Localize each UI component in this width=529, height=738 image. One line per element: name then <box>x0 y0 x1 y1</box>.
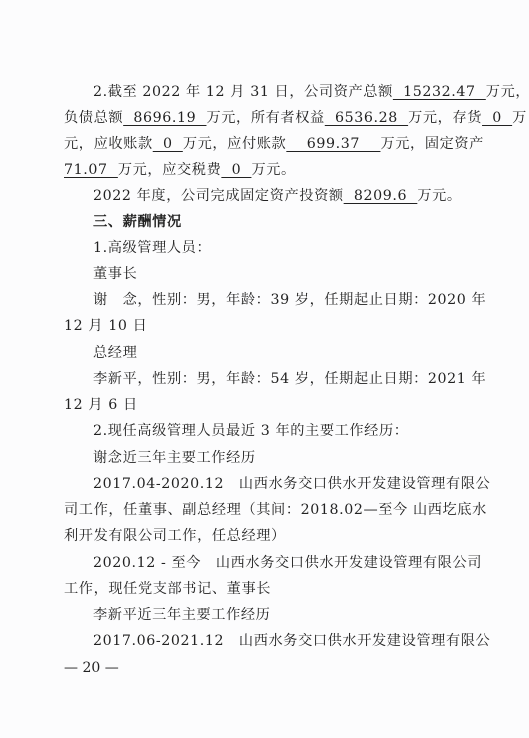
text: 2022 年度，公司完成固定资产投资额 <box>93 188 344 204</box>
text: 万元，存货 <box>408 110 482 126</box>
li-history-heading: 李新平近三年主要工作经历 <box>93 602 463 628</box>
section-title: 三、薪酬情况 <box>93 209 463 235</box>
inventory-value: 0 <box>482 110 512 126</box>
subsection-title-1: 1.高级管理人员： <box>93 235 463 261</box>
financials-line-2: 负债总额 8696.19 万元，所有者权益 6536.28 万元，存货 0 万 <box>64 105 464 131</box>
financials-line-3: 元，应收账款 0 万元，应付账款 699.37 万元，固定资产 <box>64 131 464 157</box>
text: 万 <box>512 110 527 126</box>
accounts-receivable-value: 0 <box>153 136 183 152</box>
investment-value: 8209.6 <box>344 188 418 204</box>
text: 万元，所有者权益 <box>206 110 324 126</box>
xie-entry-2-line-1: 2020.12 - 至今 山西水务交口供水开发建设管理有限公司 <box>93 550 463 576</box>
investment-line: 2022 年度，公司完成固定资产投资额 8209.6 万元。 <box>93 183 463 209</box>
xie-entry-2-line-2: 工作，现任党支部书记、董事长 <box>64 576 464 602</box>
financials-line-1: 2.截至 2022 年 12 月 31 日，公司资产总额 15232.47 万元… <box>93 79 463 105</box>
text: 2.截至 2022 年 12 月 31 日，公司资产总额 <box>93 84 393 100</box>
li-entry-1-line-1: 2017.06-2021.12 山西水务交口供水开发建设管理有限公 <box>93 628 463 654</box>
chairman-role: 董事长 <box>93 261 463 287</box>
page-number: — 20 — <box>64 655 464 681</box>
text: 万元。 <box>251 162 295 178</box>
taxes-payable-value: 0 <box>221 162 251 178</box>
gm-role: 总经理 <box>93 340 463 366</box>
gm-info-line-1: 李新平，性别：男，年龄：54 岁，任期起止日期：2021 年 <box>93 366 463 392</box>
chairman-info-line-2: 12 月 10 日 <box>64 313 464 339</box>
owners-equity-value: 6536.28 <box>325 110 408 126</box>
chairman-info-line-1: 谢 念，性别：男，年龄：39 岁，任期起止日期：2020 年 <box>93 287 463 313</box>
financials-line-4: 71.07 万元，应交税费 0 万元。 <box>64 157 464 183</box>
xie-entry-1-line-3: 利开发有限公司工作，任总经理） <box>64 523 464 549</box>
text: 万元，应付账款 <box>183 136 287 152</box>
text: 负债总额 <box>64 110 123 126</box>
xie-entry-1-line-1: 2017.04-2020.12 山西水务交口供水开发建设管理有限公 <box>93 471 463 497</box>
text: 万元，固定资产 <box>380 136 484 152</box>
fixed-assets-value: 71.07 <box>64 162 118 178</box>
xie-history-heading: 谢念近三年主要工作经历 <box>93 445 463 471</box>
gm-info-line-2: 12 月 6 日 <box>64 392 464 418</box>
document-page: 2.截至 2022 年 12 月 31 日，公司资产总额 15232.47 万元… <box>0 0 529 738</box>
subsection-title-2: 2.现任高级管理人员最近 3 年的主要工作经历： <box>93 418 463 444</box>
text: 万元， <box>486 84 529 100</box>
text: 元，应收账款 <box>64 136 153 152</box>
accounts-payable-value: 699.37 <box>286 136 380 152</box>
text: 万元。 <box>417 188 461 204</box>
xie-entry-1-line-2: 司工作，任董事、副总经理（其间：2018.02—至今 山西圪底水 <box>64 497 464 523</box>
total-assets-value: 15232.47 <box>393 84 486 100</box>
total-liabilities-value: 8696.19 <box>123 110 206 126</box>
text: 万元，应交税费 <box>118 162 222 178</box>
